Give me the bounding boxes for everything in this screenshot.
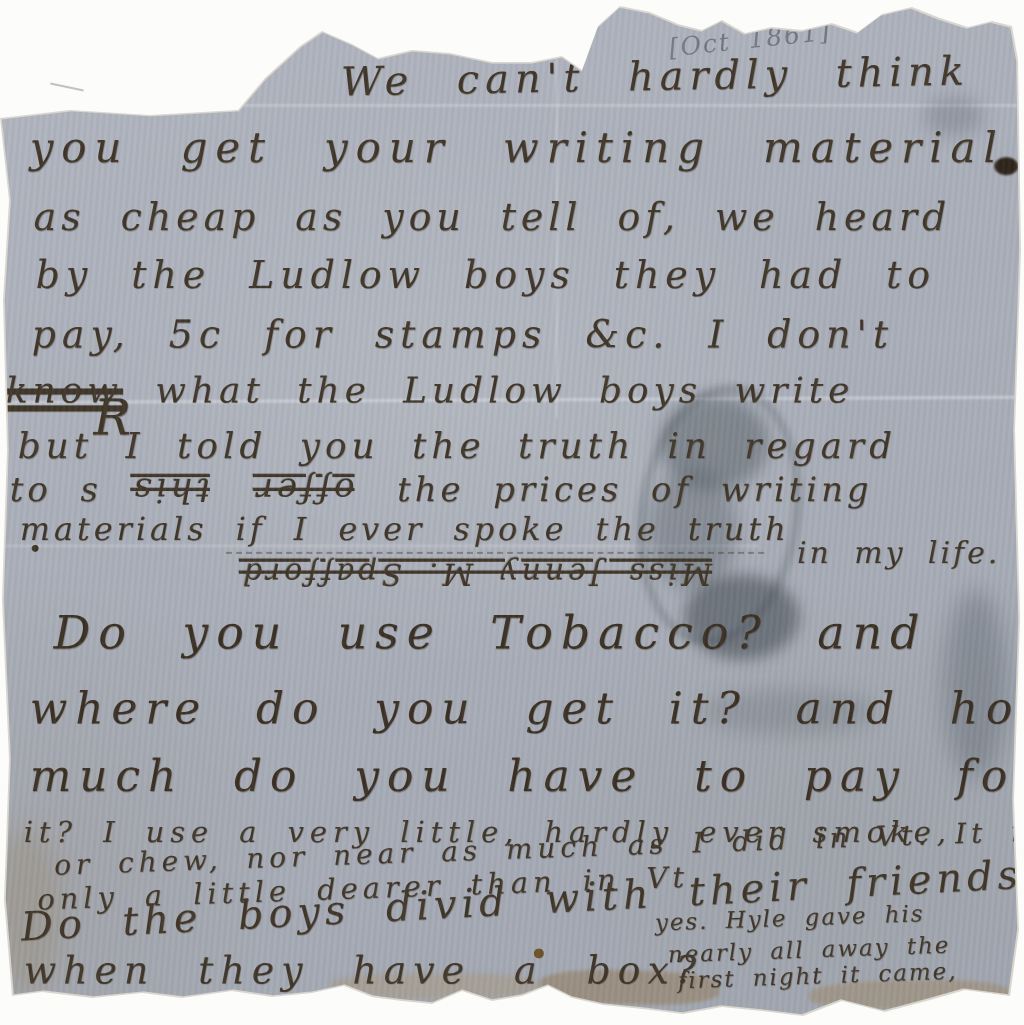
postmark-ring — [622, 376, 816, 655]
pencil-date-annotation: [Oct 1861] — [667, 17, 832, 63]
crossed-out-word: know — [6, 370, 123, 411]
dash-line — [226, 552, 764, 554]
letter-line-2: you get your writing material — [30, 123, 1005, 172]
torn-flap — [539, 968, 719, 1007]
scratch-mark — [50, 82, 84, 91]
letter-line-12: where do you get it? and how — [30, 683, 1024, 734]
letter-line-8-pre: to s — [10, 470, 102, 510]
ink-smudge — [699, 689, 878, 734]
fold-crease — [2, 545, 759, 547]
stain-spot — [534, 948, 544, 958]
fold-crease — [2, 396, 1022, 404]
letter-line-18: when they have a box? — [24, 948, 703, 992]
postmark-smudge — [648, 470, 738, 590]
letter-line-3: as cheap as you tell of, we heard — [34, 195, 952, 239]
letter-line-7: but I told you the truth in regard — [18, 426, 897, 467]
letter-line-8: to s this offer the prices of writing — [10, 470, 873, 510]
letter-line-9: materials if I ever spoke the truth — [20, 510, 790, 548]
torn-flap — [331, 973, 540, 999]
letter-line-6-text: what the Ludlow boys write — [155, 370, 854, 411]
fold-crease — [241, 104, 1022, 106]
crossed-out-word: this — [131, 470, 211, 510]
crossed-out-word: offer — [253, 470, 355, 510]
letter-line-10: in my life. — [797, 536, 1000, 571]
letter-line-15: or chew, nor near as much as I did in Vt… — [54, 814, 1024, 881]
fold-crease — [556, 60, 558, 419]
letter-line-11: Do you use Tobacco? and — [54, 606, 928, 660]
letter-line-16: only a little dearer than in Vt — [37, 860, 690, 917]
letter-line-17: Do the boys divid with their friends — [20, 852, 1024, 950]
crossed-out-name-text: Miss Jenny M. Spafford — [239, 556, 712, 591]
stain-spot — [32, 545, 39, 552]
ink-smudge — [943, 590, 1008, 779]
letter-line-14: it? I use a very little, hardly ever smo… — [24, 815, 952, 849]
scan-background: [Oct 1861] We can't hardly think you get… — [0, 0, 1024, 1025]
letter-line-4: by the Ludlow boys they had to — [36, 253, 936, 297]
letter-paper: [Oct 1861] We can't hardly think you get… — [2, 2, 1022, 1023]
letter-line-6: know what the Ludlow boys write — [6, 370, 855, 411]
letter-line-5: pay, 5c for stamps &c. I don't — [32, 313, 894, 357]
postmark-smudge — [659, 395, 769, 490]
correction-letter: R — [93, 388, 131, 446]
stain-patch — [0, 829, 62, 998]
letter-line-1: We can't hardly think — [341, 49, 971, 106]
crossed-out-name: Miss Jenny M. Spafford — [239, 556, 712, 591]
ink-blot — [994, 157, 1018, 175]
letter-answer-line-2: nearly all away the — [667, 933, 950, 969]
letter-answer-line-3: first night it came, — [677, 959, 957, 995]
letter-line-13: much do you have to pay for — [30, 751, 1024, 802]
letter-answer-line-1: yes. Hyle gave his — [654, 901, 924, 936]
letter-line-8-text: the prices of writing — [397, 470, 872, 510]
postmark-smudge — [684, 575, 799, 660]
ink-smudge — [924, 96, 984, 136]
